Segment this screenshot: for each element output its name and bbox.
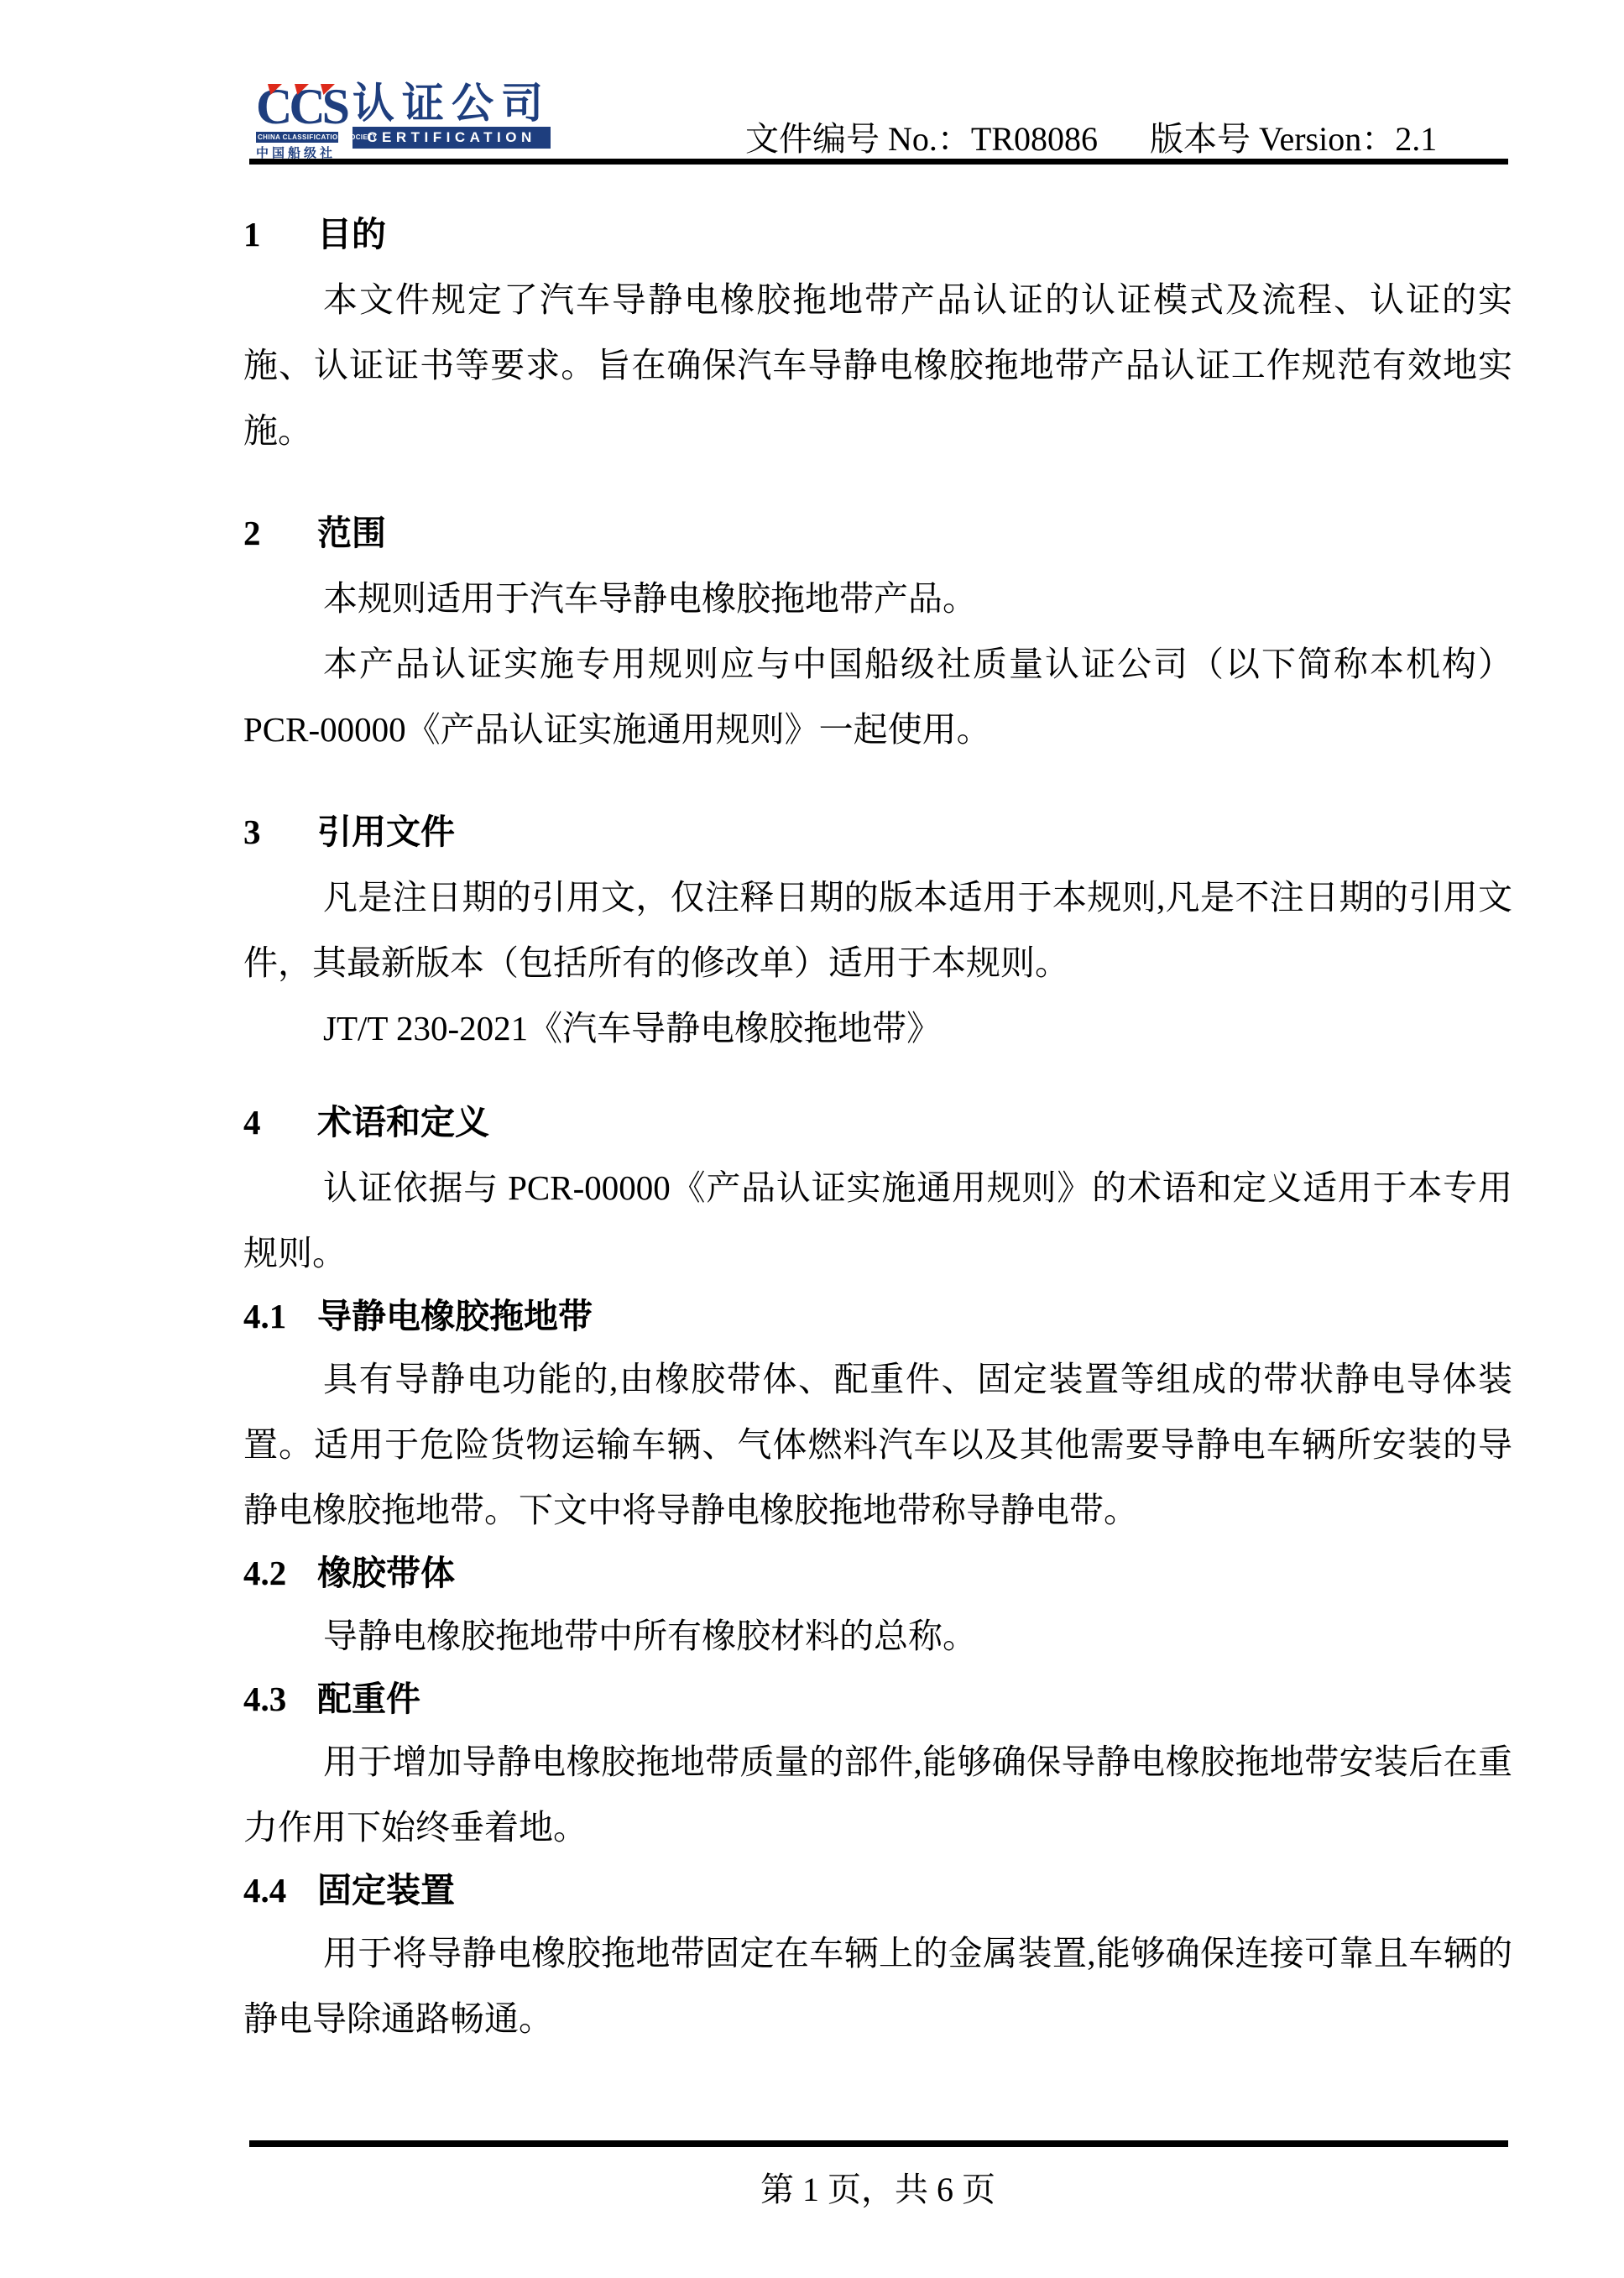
- section-2: 2范围 本规则适用于汽车导静电橡胶拖地带产品。 本产品认证实施专用规则应与中国船…: [243, 500, 1512, 762]
- section-number: 4.4: [243, 1860, 317, 1920]
- paragraph: 本规则适用于汽车导静电橡胶拖地带产品。: [243, 566, 1512, 631]
- version-label: 版本号 Version：: [1150, 120, 1395, 158]
- section-3-heading: 3引用文件: [243, 799, 1512, 865]
- section-number: 4.1: [243, 1286, 317, 1346]
- paragraph: 具有导静电功能的,由橡胶带体、配重件、固定装置等组成的带状静电导体装置。适用于危…: [243, 1346, 1512, 1543]
- header-divider: [249, 159, 1508, 165]
- section-number: 4: [243, 1089, 317, 1155]
- paragraph: 认证依据与 PCR-00000《产品认证实施通用规则》的术语和定义适用于本专用规…: [243, 1155, 1512, 1286]
- section-title: 固定装置: [317, 1871, 455, 1910]
- section-title: 范围: [317, 514, 386, 552]
- doc-number-value: TR08086: [971, 120, 1098, 158]
- section-number: 4.2: [243, 1543, 317, 1603]
- section-4-2-heading: 4.2橡胶带体: [243, 1543, 1512, 1603]
- section-4-1: 4.1导静电橡胶拖地带 具有导静电功能的,由橡胶带体、配重件、固定装置等组成的带…: [243, 1286, 1512, 1543]
- paragraph: 用于将导静电橡胶拖地带固定在车辆上的金属装置,能够确保连接可靠且车辆的静电导除通…: [243, 1920, 1512, 2051]
- ccs-logo-left: CCS CHINA CLASSIFICATION SOCIETY 中国船级社: [256, 83, 342, 161]
- section-title: 目的: [317, 215, 386, 253]
- section-number: 2: [243, 500, 317, 566]
- section-title: 术语和定义: [317, 1103, 489, 1142]
- section-4-4: 4.4固定装置 用于将导静电橡胶拖地带固定在车辆上的金属装置,能够确保连接可靠且…: [243, 1860, 1512, 2051]
- page-number: 第 1 页，共 6 页: [243, 2157, 1512, 2223]
- paragraph: 本文件规定了汽车导静电橡胶拖地带产品认证的认证模式及流程、认证的实施、认证证书等…: [243, 267, 1512, 463]
- section-4-4-heading: 4.4固定装置: [243, 1860, 1512, 1920]
- version-value: 2.1: [1395, 120, 1437, 158]
- section-title: 导静电橡胶拖地带: [317, 1297, 593, 1335]
- section-title: 橡胶带体: [317, 1554, 455, 1592]
- section-1: 1目的 本文件规定了汽车导静电橡胶拖地带产品认证的认证模式及流程、认证的实施、认…: [243, 201, 1512, 463]
- ccs-logo-right: 认证公司 CERTIFICATION: [352, 83, 551, 149]
- section-2-heading: 2范围: [243, 500, 1512, 566]
- document-page: CCS CHINA CLASSIFICATION SOCIETY 中国船级社 认…: [0, 0, 1624, 2278]
- document-meta: 文件编号 No.：TR08086版本号 Version：2.1: [745, 112, 1509, 160]
- section-number: 4.3: [243, 1669, 317, 1729]
- paragraph: 本产品认证实施专用规则应与中国船级社质量认证公司（以下简称本机构）PCR-000…: [243, 631, 1512, 762]
- doc-number-label: 文件编号 No.：: [745, 120, 971, 158]
- paragraph: 用于增加导静电橡胶拖地带质量的部件,能够确保导静电橡胶拖地带安装后在重力作用下始…: [243, 1729, 1512, 1860]
- paragraph: 凡是注日期的引用文，仅注释日期的版本适用于本规则,凡是不注日期的引用文件，其最新…: [243, 865, 1512, 995]
- section-number: 1: [243, 201, 317, 267]
- section-1-heading: 1目的: [243, 201, 1512, 267]
- ccs-logo: CCS CHINA CLASSIFICATION SOCIETY 中国船级社 认…: [256, 83, 551, 161]
- footer-divider: [249, 2140, 1508, 2147]
- section-title: 配重件: [317, 1680, 420, 1718]
- section-number: 3: [243, 799, 317, 865]
- section-4-2: 4.2橡胶带体 导静电橡胶拖地带中所有橡胶材料的总称。: [243, 1543, 1512, 1669]
- section-4: 4术语和定义 认证依据与 PCR-00000《产品认证实施通用规则》的术语和定义…: [243, 1089, 1512, 2051]
- paragraph: 导静电橡胶拖地带中所有橡胶材料的总称。: [243, 1603, 1512, 1669]
- section-4-3-heading: 4.3配重件: [243, 1669, 1512, 1729]
- paragraph: JT/T 230-2021《汽车导静电橡胶拖地带》: [243, 995, 1512, 1061]
- section-title: 引用文件: [317, 812, 455, 851]
- section-4-heading: 4术语和定义: [243, 1089, 1512, 1155]
- section-4-3: 4.3配重件 用于增加导静电橡胶拖地带质量的部件,能够确保导静电橡胶拖地带安装后…: [243, 1669, 1512, 1860]
- document-body: 1目的 本文件规定了汽车导静电橡胶拖地带产品认证的认证模式及流程、认证的实施、认…: [243, 201, 1512, 2051]
- section-4-1-heading: 4.1导静电橡胶拖地带: [243, 1286, 1512, 1346]
- certification-banner: CERTIFICATION: [352, 127, 551, 149]
- certification-company-name: 认证公司: [352, 83, 551, 123]
- section-3: 3引用文件 凡是注日期的引用文，仅注释日期的版本适用于本规则,凡是不注日期的引用…: [243, 799, 1512, 1061]
